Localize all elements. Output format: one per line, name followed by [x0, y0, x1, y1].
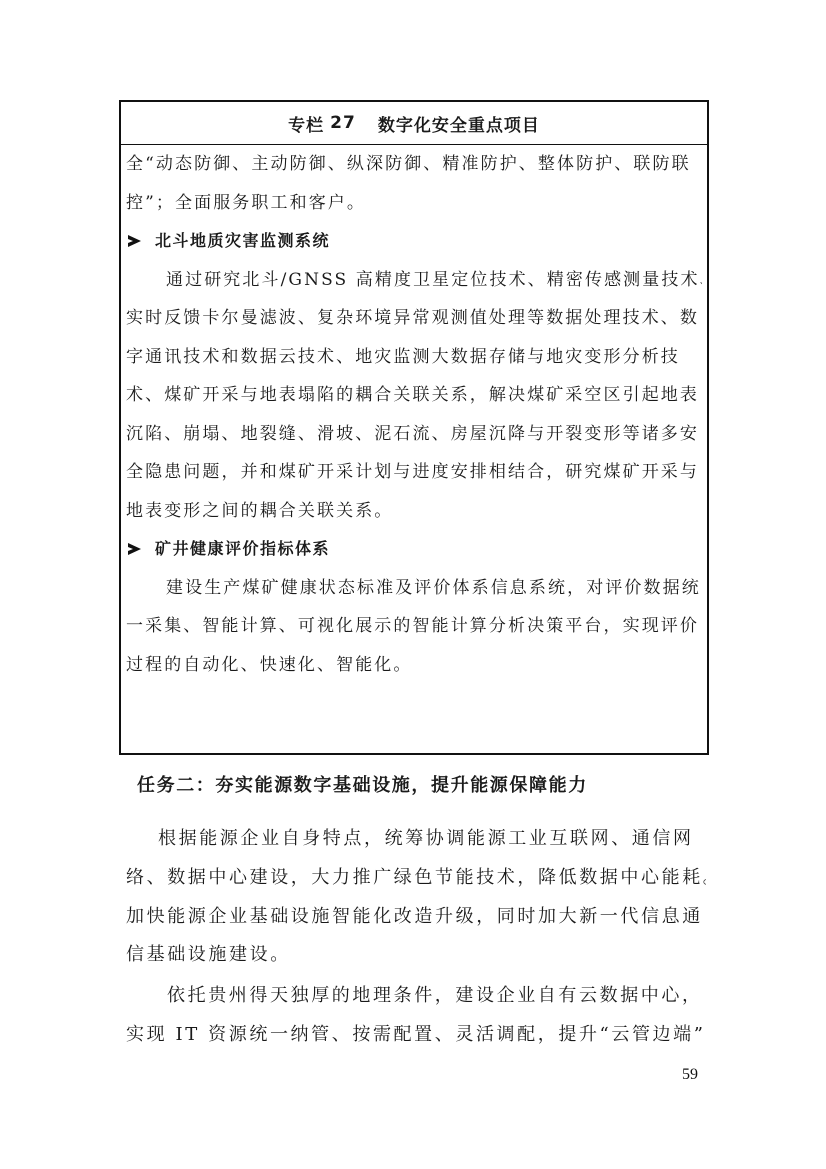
column-number: 27: [330, 113, 356, 133]
section-line: 过程的自动化、快速化、智能化。: [126, 646, 702, 685]
arrow-bullet-icon: [128, 543, 141, 555]
paragraph-line: 加快能源企业基础设施智能化改造升级，同时加大新一代信息通: [126, 898, 706, 937]
column-intro-line: 全“动态防御、主动防御、纵深防御、精准防护、整体防护、联防联: [126, 145, 702, 184]
section-heading-beidou: 北斗地质灾害监测系统: [126, 222, 702, 261]
column-title: 数字化安全重点项目: [378, 111, 540, 136]
paragraph: 依托贵州得天独厚的地理条件，建设企业自有云数据中心， 实现 IT 资源统一纳管、…: [126, 977, 706, 1055]
task-heading: 任务二：夯实能源数字基础设施，提升能源保障能力: [137, 771, 588, 797]
section-line: 通过研究北斗/GNSS 高精度卫星定位技术、精密传感测量技术、: [126, 261, 702, 300]
section-line: 术、煤矿开采与地表塌陷的耦合关联关系，解决煤矿采空区引起地表: [126, 376, 702, 415]
body-text: 根据能源企业自身特点，统筹协调能源工业互联网、通信网 络、数据中心建设，大力推广…: [126, 820, 706, 1055]
column-intro-line: 控”；全面服务职工和客户。: [126, 184, 702, 223]
section-line: 实时反馈卡尔曼滤波、复杂环境异常观测值处理等数据处理技术、数: [126, 299, 702, 338]
column-body: 全“动态防御、主动防御、纵深防御、精准防护、整体防护、联防联 控”；全面服务职工…: [121, 145, 707, 684]
section-heading-text: 北斗地质灾害监测系统: [155, 222, 330, 261]
paragraph-line: 络、数据中心建设，大力推广绿色节能技术，降低数据中心能耗。: [126, 859, 706, 898]
section-line: 字通讯技术和数据云技术、地灾监测大数据存储与地灾变形分析技: [126, 338, 702, 377]
paragraph-line: 依托贵州得天独厚的地理条件，建设企业自有云数据中心，: [126, 977, 706, 1016]
section-line: 一采集、智能计算、可视化展示的智能计算分析决策平台，实现评价: [126, 607, 702, 646]
section-heading-text: 矿井健康评价指标体系: [155, 530, 330, 569]
paragraph-line: 根据能源企业自身特点，统筹协调能源工业互联网、通信网: [126, 820, 706, 859]
arrow-bullet-icon: [128, 235, 141, 247]
section-line: 地表变形之间的耦合关联关系。: [126, 492, 702, 531]
paragraph: 根据能源企业自身特点，统筹协调能源工业互联网、通信网 络、数据中心建设，大力推广…: [126, 820, 706, 975]
paragraph-line: 实现 IT 资源统一纳管、按需配置、灵活调配，提升“云管边端”: [126, 1016, 706, 1055]
section-line: 全隐患问题，并和煤矿开采计划与进度安排相结合，研究煤矿开采与: [126, 453, 702, 492]
feature-column-box: 专栏 27 数字化安全重点项目 全“动态防御、主动防御、纵深防御、精准防护、整体…: [119, 100, 709, 755]
document-page: 专栏 27 数字化安全重点项目 全“动态防御、主动防御、纵深防御、精准防护、整体…: [0, 0, 826, 1169]
section-heading-mine-health: 矿井健康评价指标体系: [126, 530, 702, 569]
column-header: 专栏 27 数字化安全重点项目: [121, 102, 707, 145]
page-number: 59: [682, 1066, 698, 1084]
paragraph-line: 信基础设施建设。: [126, 936, 706, 975]
column-label: 专栏: [288, 111, 324, 136]
section-line: 建设生产煤矿健康状态标准及评价体系信息系统，对评价数据统: [126, 569, 702, 608]
section-line: 沉陷、崩塌、地裂缝、滑坡、泥石流、房屋沉降与开裂变形等诸多安: [126, 415, 702, 454]
